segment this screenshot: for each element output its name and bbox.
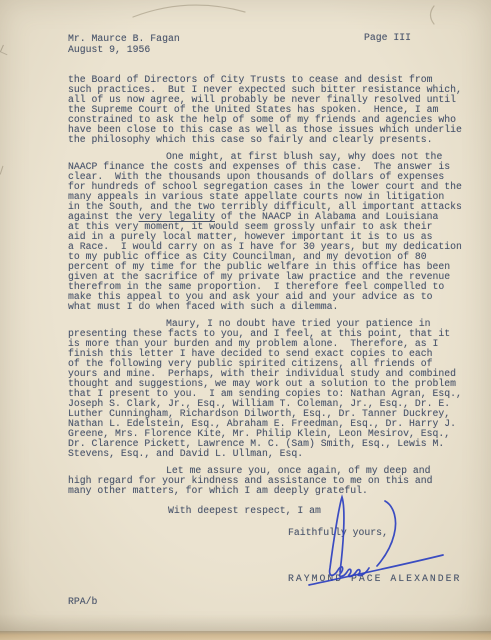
typist-initials: RPA/b [68, 597, 472, 607]
paragraph-2: One might, at first blush say, why does … [68, 152, 472, 312]
scan-artifact-paren-mark [424, 4, 438, 26]
recipient-line: Mr. Maurce B. Fagan [68, 33, 180, 44]
scan-artifact-left-edge-mark [0, 45, 10, 56]
page-number-label: Page III [364, 33, 411, 43]
handwritten-signature [293, 486, 458, 591]
scan-artifact-left-edge-mark [0, 166, 5, 175]
paragraph-2-text-after: of the NAACP in Alabama and Louisiana at… [68, 211, 462, 312]
page-bottom-edge [0, 631, 491, 640]
page-bottom-shadow [0, 614, 491, 631]
scan-artifact-top-curve [128, 1, 250, 19]
paragraph-3: Maury, I no doubt have tried your patien… [68, 319, 472, 459]
paragraph-1: the Board of Directors of City Trusts to… [68, 75, 472, 145]
date-line: August 9, 1956 [68, 44, 180, 55]
scanned-letter-page: Mr. Maurce B. Fagan August 9, 1956 Page … [0, 0, 491, 640]
letter-header: Mr. Maurce B. Fagan August 9, 1956 [68, 33, 180, 55]
